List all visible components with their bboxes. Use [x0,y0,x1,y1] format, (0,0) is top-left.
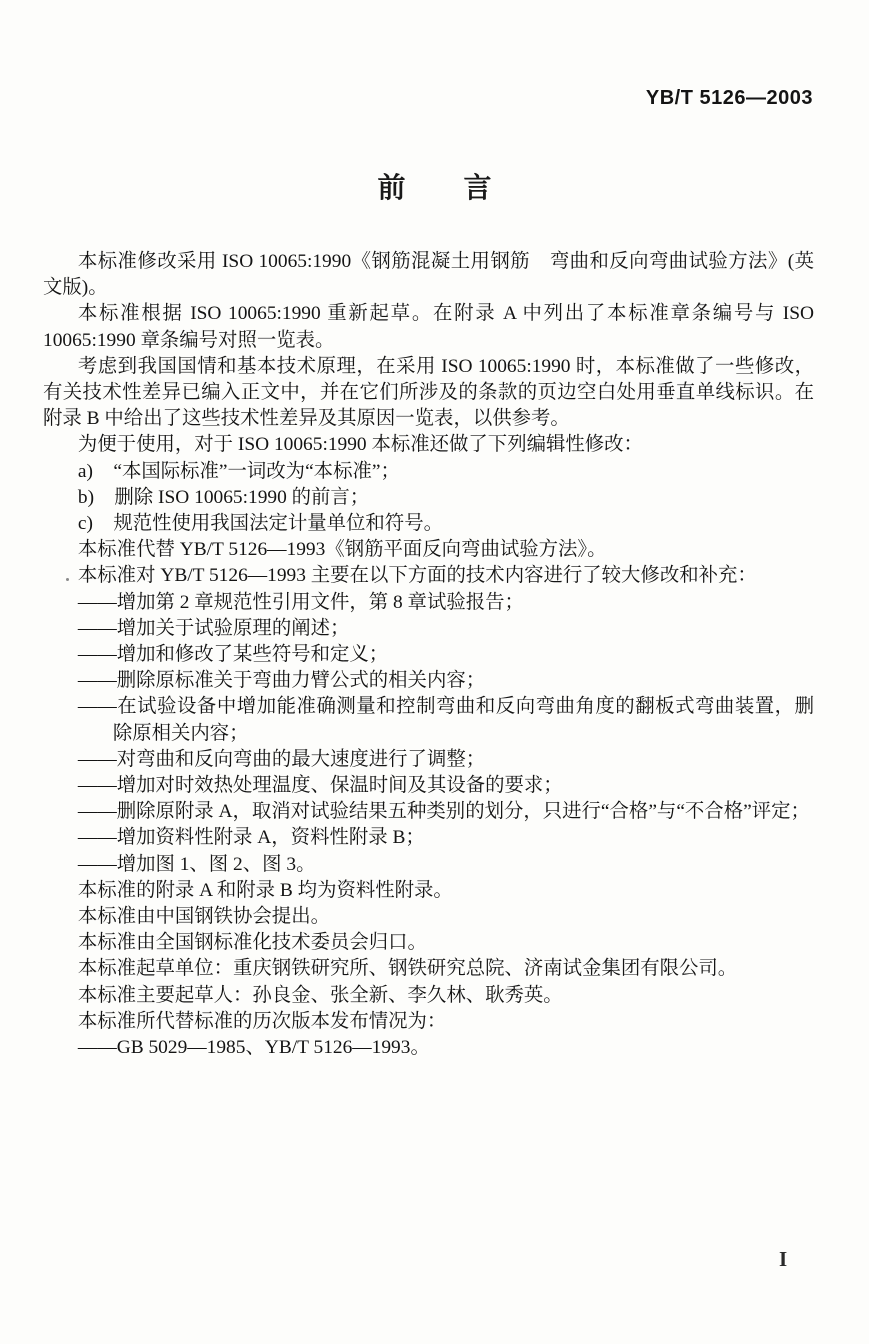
page-title: 前言 [0,166,869,206]
foreword-list-item: a)“本国际标准”一词改为“本标准”； [43,459,814,485]
foreword-dash-item: ——增加和修改了某些符号和定义； [113,642,814,668]
foreword-list-item: c)规范性使用我国法定计量单位和符号。 [43,511,814,537]
foreword-paragraph: 本标准代替 YB/T 5126—1993《钢筋平面反向弯曲试验方法》。 [43,537,814,563]
list-item-label: a) [78,459,93,485]
title-char-1: 前 [377,173,405,204]
foreword-paragraph: 为便于使用，对于 ISO 10065:1990 本标准还做了下列编辑性修改： [43,432,814,458]
foreword-dash-item: ——增加图 1、图 2、图 3。 [113,852,814,878]
foreword-dash-item: ——GB 5029—1985、YB/T 5126—1993。 [113,1035,814,1061]
foreword-dash-item: ——增加关于试验原理的阐述； [113,616,814,642]
page-number: I [779,1247,787,1272]
foreword-paragraph: 本标准由中国钢铁协会提出。 [43,904,814,930]
list-item-text: 规范性使用我国法定计量单位和符号。 [113,513,443,534]
list-item-label: c) [78,511,93,537]
foreword-paragraph: 本标准的附录 A 和附录 B 均为资料性附录。 [43,878,814,904]
body-text: 本标准修改采用 ISO 10065:1990《钢筋混凝土用钢筋 弯曲和反向弯曲试… [43,249,814,1061]
foreword-dash-item: ——删除原标准关于弯曲力臂公式的相关内容； [113,668,814,694]
foreword-paragraph: 本标准修改采用 ISO 10065:1990《钢筋混凝土用钢筋 弯曲和反向弯曲试… [43,249,814,301]
foreword-paragraph: 本标准所代替标准的历次版本发布情况为： [43,1009,814,1035]
foreword-paragraph: 考虑到我国国情和基本技术原理，在采用 ISO 10065:1990 时，本标准做… [43,354,814,433]
foreword-dash-item: ——增加第 2 章规范性引用文件，第 8 章试验报告； [113,590,814,616]
page-number-value: I [779,1247,787,1271]
list-item-text: “本国际标准”一词改为“本标准”； [113,461,400,482]
foreword-dash-item: ——删除原附录 A，取消对试验结果五种类别的划分，只进行“合格”与“不合格”评定… [113,799,814,825]
foreword-paragraph: 本标准主要起草人：孙良金、张全新、李久林、耿秀英。 [43,983,814,1009]
foreword-dash-item: ——在试验设备中增加能准确测量和控制弯曲和反向弯曲角度的翻板式弯曲装置，删除原相… [113,694,814,746]
foreword-paragraph: 本标准由全国钢标准化技术委员会归口。 [43,930,814,956]
foreword-dash-item: ——对弯曲和反向弯曲的最大速度进行了调整； [113,747,814,773]
document-page: YB/T 5126—2003 前言 本标准修改采用 ISO 10065:1990… [0,0,869,1344]
title-char-2: 言 [464,173,492,204]
list-item-text: 删除 ISO 10065:1990 的前言； [114,487,369,508]
foreword-dash-item: ——增加资料性附录 A，资料性附录 B； [113,825,814,851]
foreword-list-item: b)删除 ISO 10065:1990 的前言； [43,485,814,511]
foreword-paragraph: 本标准对 YB/T 5126—1993 主要在以下方面的技术内容进行了较大修改和… [43,563,814,589]
foreword-paragraph: 本标准根据 ISO 10065:1990 重新起草。在附录 A 中列出了本标准章… [43,301,814,353]
standard-code: YB/T 5126—2003 [646,87,813,109]
page-header: YB/T 5126—2003 [43,87,813,110]
foreword-paragraph: 本标准起草单位：重庆钢铁研究所、钢铁研究总院、济南试金集团有限公司。 [43,956,814,982]
list-item-label: b) [78,485,94,511]
foreword-dash-item: ——增加对时效热处理温度、保温时间及其设备的要求； [113,773,814,799]
